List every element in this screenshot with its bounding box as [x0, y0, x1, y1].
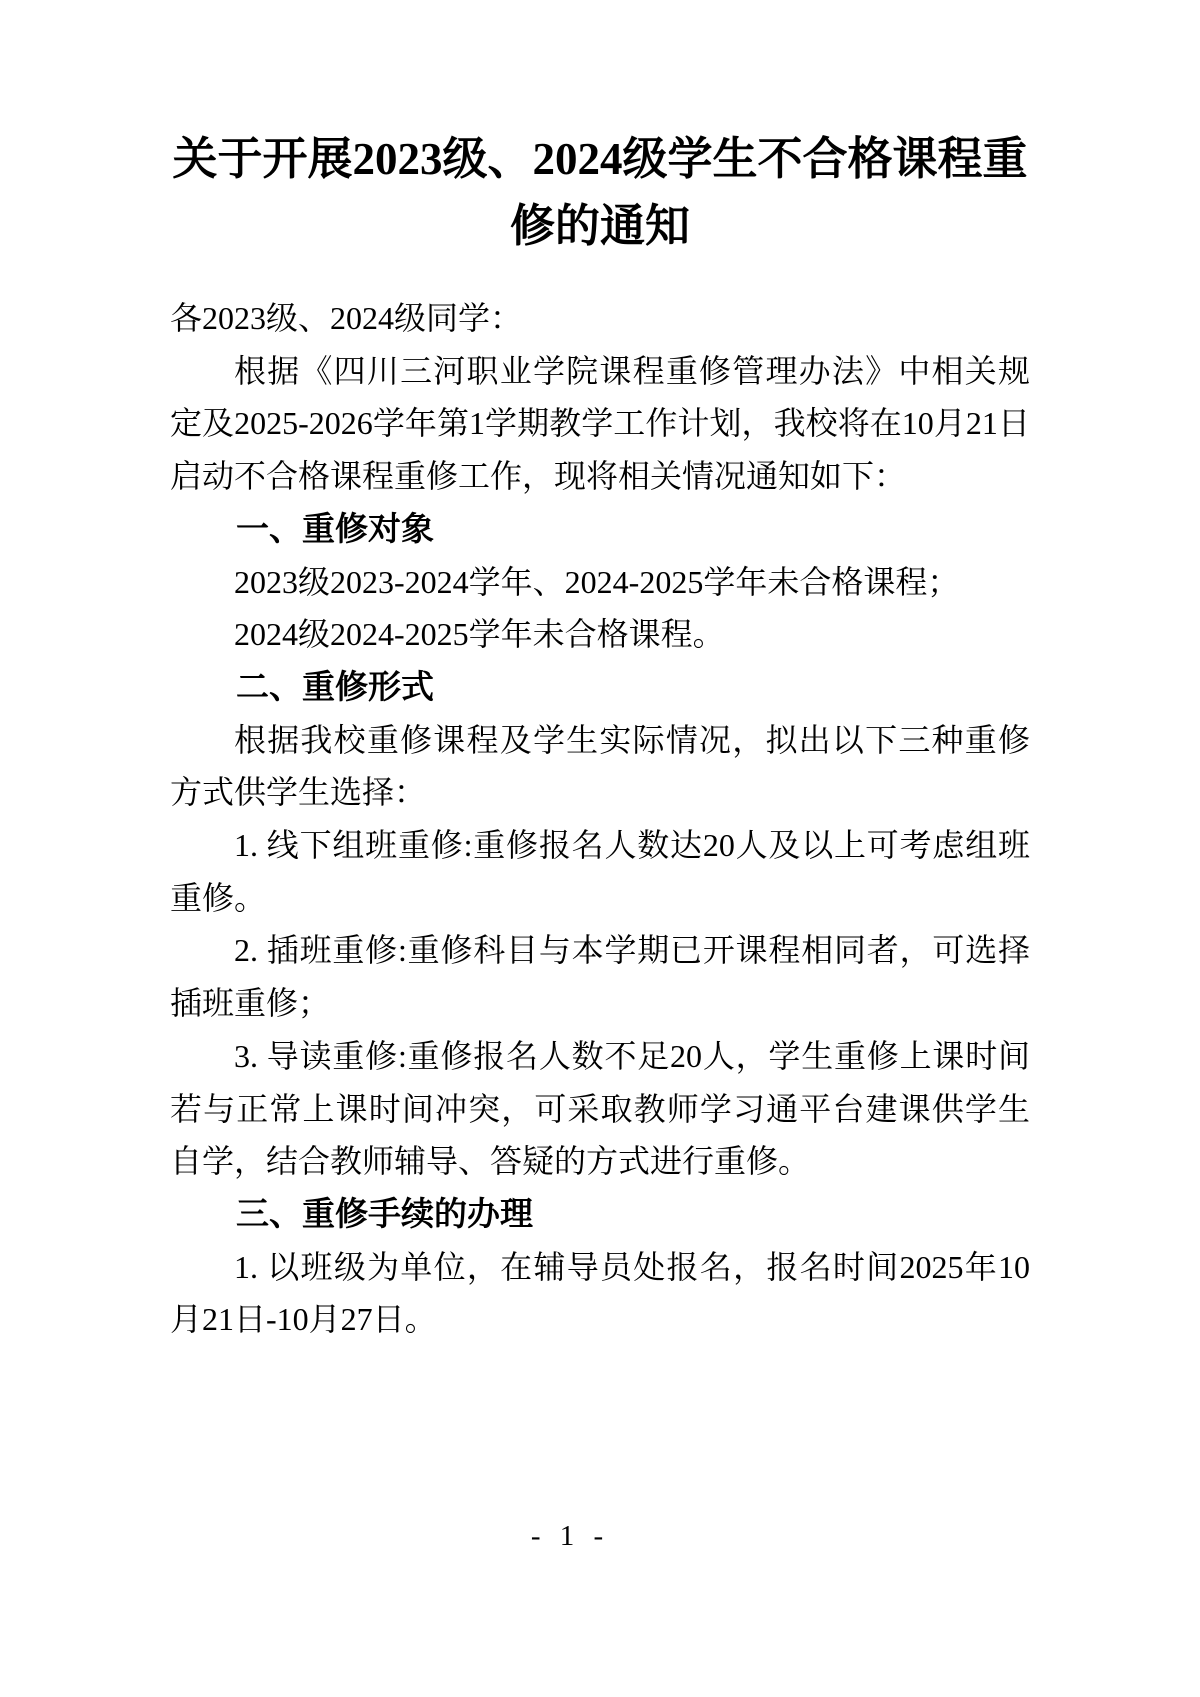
- section-3-paragraph-1: 1. 以班级为单位，在辅导员处报名，报名时间2025年10月21日-10月27日…: [170, 1241, 1030, 1346]
- page-number: - 1 -: [531, 1520, 609, 1552]
- document-body: 各2023级、2024级同学： 根据《四川三河职业学院课程重修管理办法》中相关规…: [170, 292, 1030, 1346]
- section-2-paragraph-4: 3. 导读重修:重修报名人数不足20人，学生重修上课时间若与正常上课时间冲突，可…: [170, 1030, 1030, 1188]
- section-1-paragraph-1: 2023级2023-2024学年、2024-2025学年未合格课程；: [170, 556, 1030, 609]
- section-2-paragraph-1: 根据我校重修课程及学生实际情况，拟出以下三种重修方式供学生选择：: [170, 714, 1030, 819]
- document-title: 关于开展2023级、2024级学生不合格课程重修的通知: [170, 126, 1030, 260]
- section-2-heading: 二、重修形式: [170, 661, 1030, 714]
- section-3-heading: 三、重修手续的办理: [170, 1188, 1030, 1241]
- section-2-paragraph-3: 2. 插班重修:重修科目与本学期已开课程相同者，可选择插班重修；: [170, 924, 1030, 1029]
- section-1-heading: 一、重修对象: [170, 503, 1030, 556]
- page-footer: - 1 -: [0, 1518, 1140, 1554]
- section-2-paragraph-2: 1. 线下组班重修:重修报名人数达20人及以上可考虑组班重修。: [170, 819, 1030, 924]
- intro-paragraph: 根据《四川三河职业学院课程重修管理办法》中相关规定及2025-2026学年第1学…: [170, 345, 1030, 503]
- section-1-paragraph-2: 2024级2024-2025学年未合格课程。: [170, 608, 1030, 661]
- document-page: 关于开展2023级、2024级学生不合格课程重修的通知 各2023级、2024级…: [0, 0, 1200, 1697]
- salutation-line: 各2023级、2024级同学：: [170, 292, 1030, 345]
